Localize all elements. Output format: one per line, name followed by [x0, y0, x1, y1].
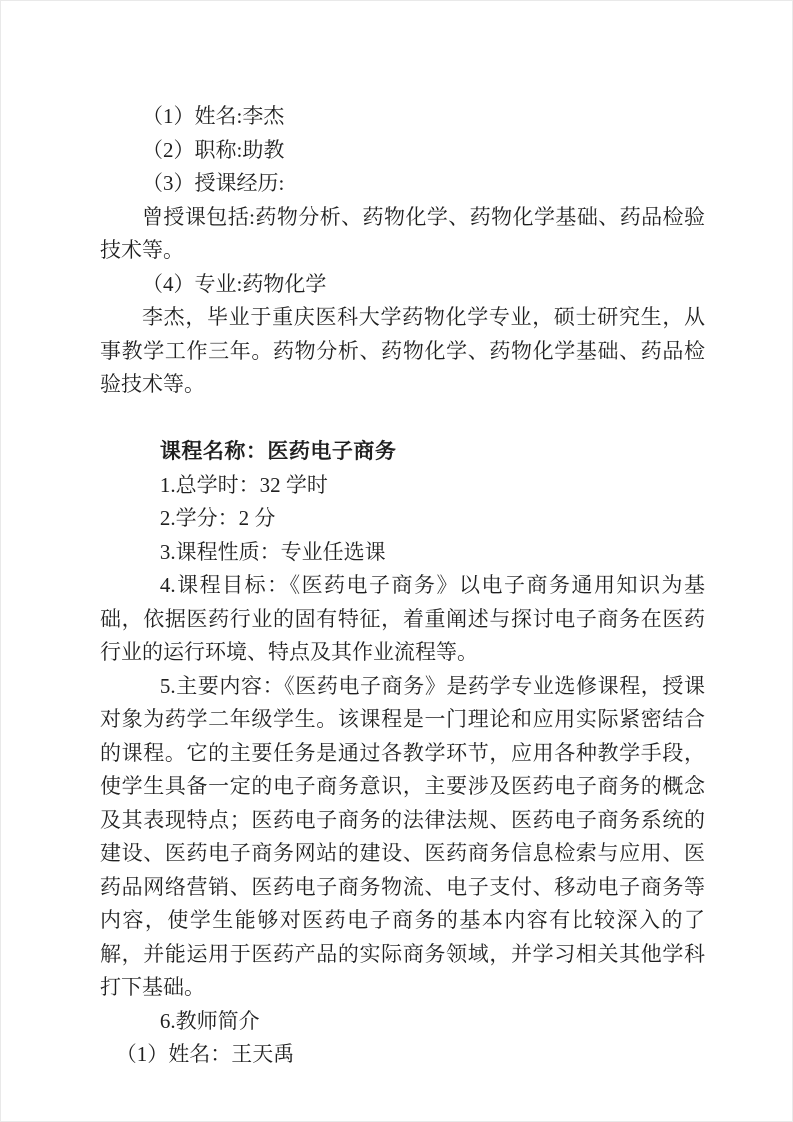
- course-type-line: 3.课程性质：专业任选课: [100, 536, 705, 570]
- document-page: （1）姓名:李杰 （2）职称:助教 （3）授课经历: 曾授课包括:药物分析、药物…: [0, 0, 793, 1122]
- teacher2-name-line: （1）姓名：王天禹: [100, 1038, 705, 1072]
- course-credits-line: 2.学分：2 分: [100, 502, 705, 536]
- teacher1-title-line: （2）职称:助教: [100, 134, 705, 168]
- teacher1-bio-paragraph: 李杰，毕业于重庆医科大学药物化学专业，硕士研究生，从事教学工作三年。药物分析、药…: [100, 301, 705, 402]
- course-total-hours-line: 1.总学时：32 学时: [100, 469, 705, 503]
- teacher-intro-label: 6.教师简介: [100, 1005, 705, 1039]
- page-content: （1）姓名:李杰 （2）职称:助教 （3）授课经历: 曾授课包括:药物分析、药物…: [100, 100, 705, 1072]
- teacher1-major-line: （4）专业:药物化学: [100, 268, 705, 302]
- course-content-paragraph: 5.主要内容：《医药电子商务》是药学专业选修课程，授课对象为药学二年级学生。该课…: [100, 670, 705, 1005]
- teacher1-experience-label: （3）授课经历:: [100, 167, 705, 201]
- course-title-heading: 课程名称：医药电子商务: [100, 435, 705, 469]
- teacher1-name-line: （1）姓名:李杰: [100, 100, 705, 134]
- blank-line-spacer: [100, 402, 705, 436]
- teacher1-courses-line: 曾授课包括:药物分析、药物化学、药物化学基础、药品检验技术等。: [100, 201, 705, 268]
- course-objective-paragraph: 4.课程目标：《医药电子商务》以电子商务通用知识为基础，依据医药行业的固有特征，…: [100, 569, 705, 670]
